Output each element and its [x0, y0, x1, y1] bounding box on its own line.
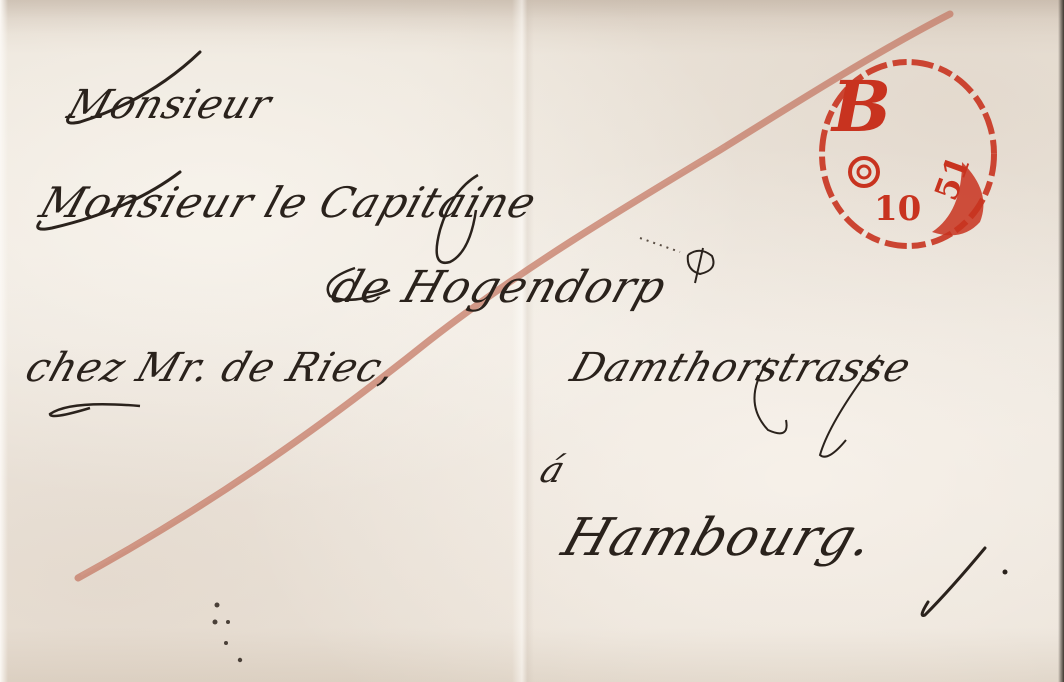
small-mark-phi — [688, 248, 714, 283]
address-name: de Hogendorp — [325, 262, 673, 313]
chez-z-tail — [50, 404, 140, 416]
postmark-day: 10 — [874, 192, 921, 226]
address-city: Hambourg. — [555, 508, 882, 568]
address-title: Monsieur le Capitaine — [34, 178, 543, 227]
letter-cover: Monsieur Monsieur le Capitaine de Hogend… — [0, 0, 1064, 682]
address-salutation: Monsieur — [62, 82, 278, 128]
final-period — [1003, 570, 1008, 575]
dotted-trail — [640, 238, 680, 252]
hambourg-g-tail — [922, 548, 985, 615]
postmark-stamp: B 10 51 — [812, 52, 1002, 252]
postmark-monogram: B — [832, 72, 891, 142]
address-title-line: Monsieur le Capitaine — [34, 178, 543, 227]
ink-specks — [213, 603, 243, 663]
address-street: Damthorstrasse — [565, 345, 917, 391]
address-care-of: chez Mr. de Riec, — [20, 345, 402, 391]
